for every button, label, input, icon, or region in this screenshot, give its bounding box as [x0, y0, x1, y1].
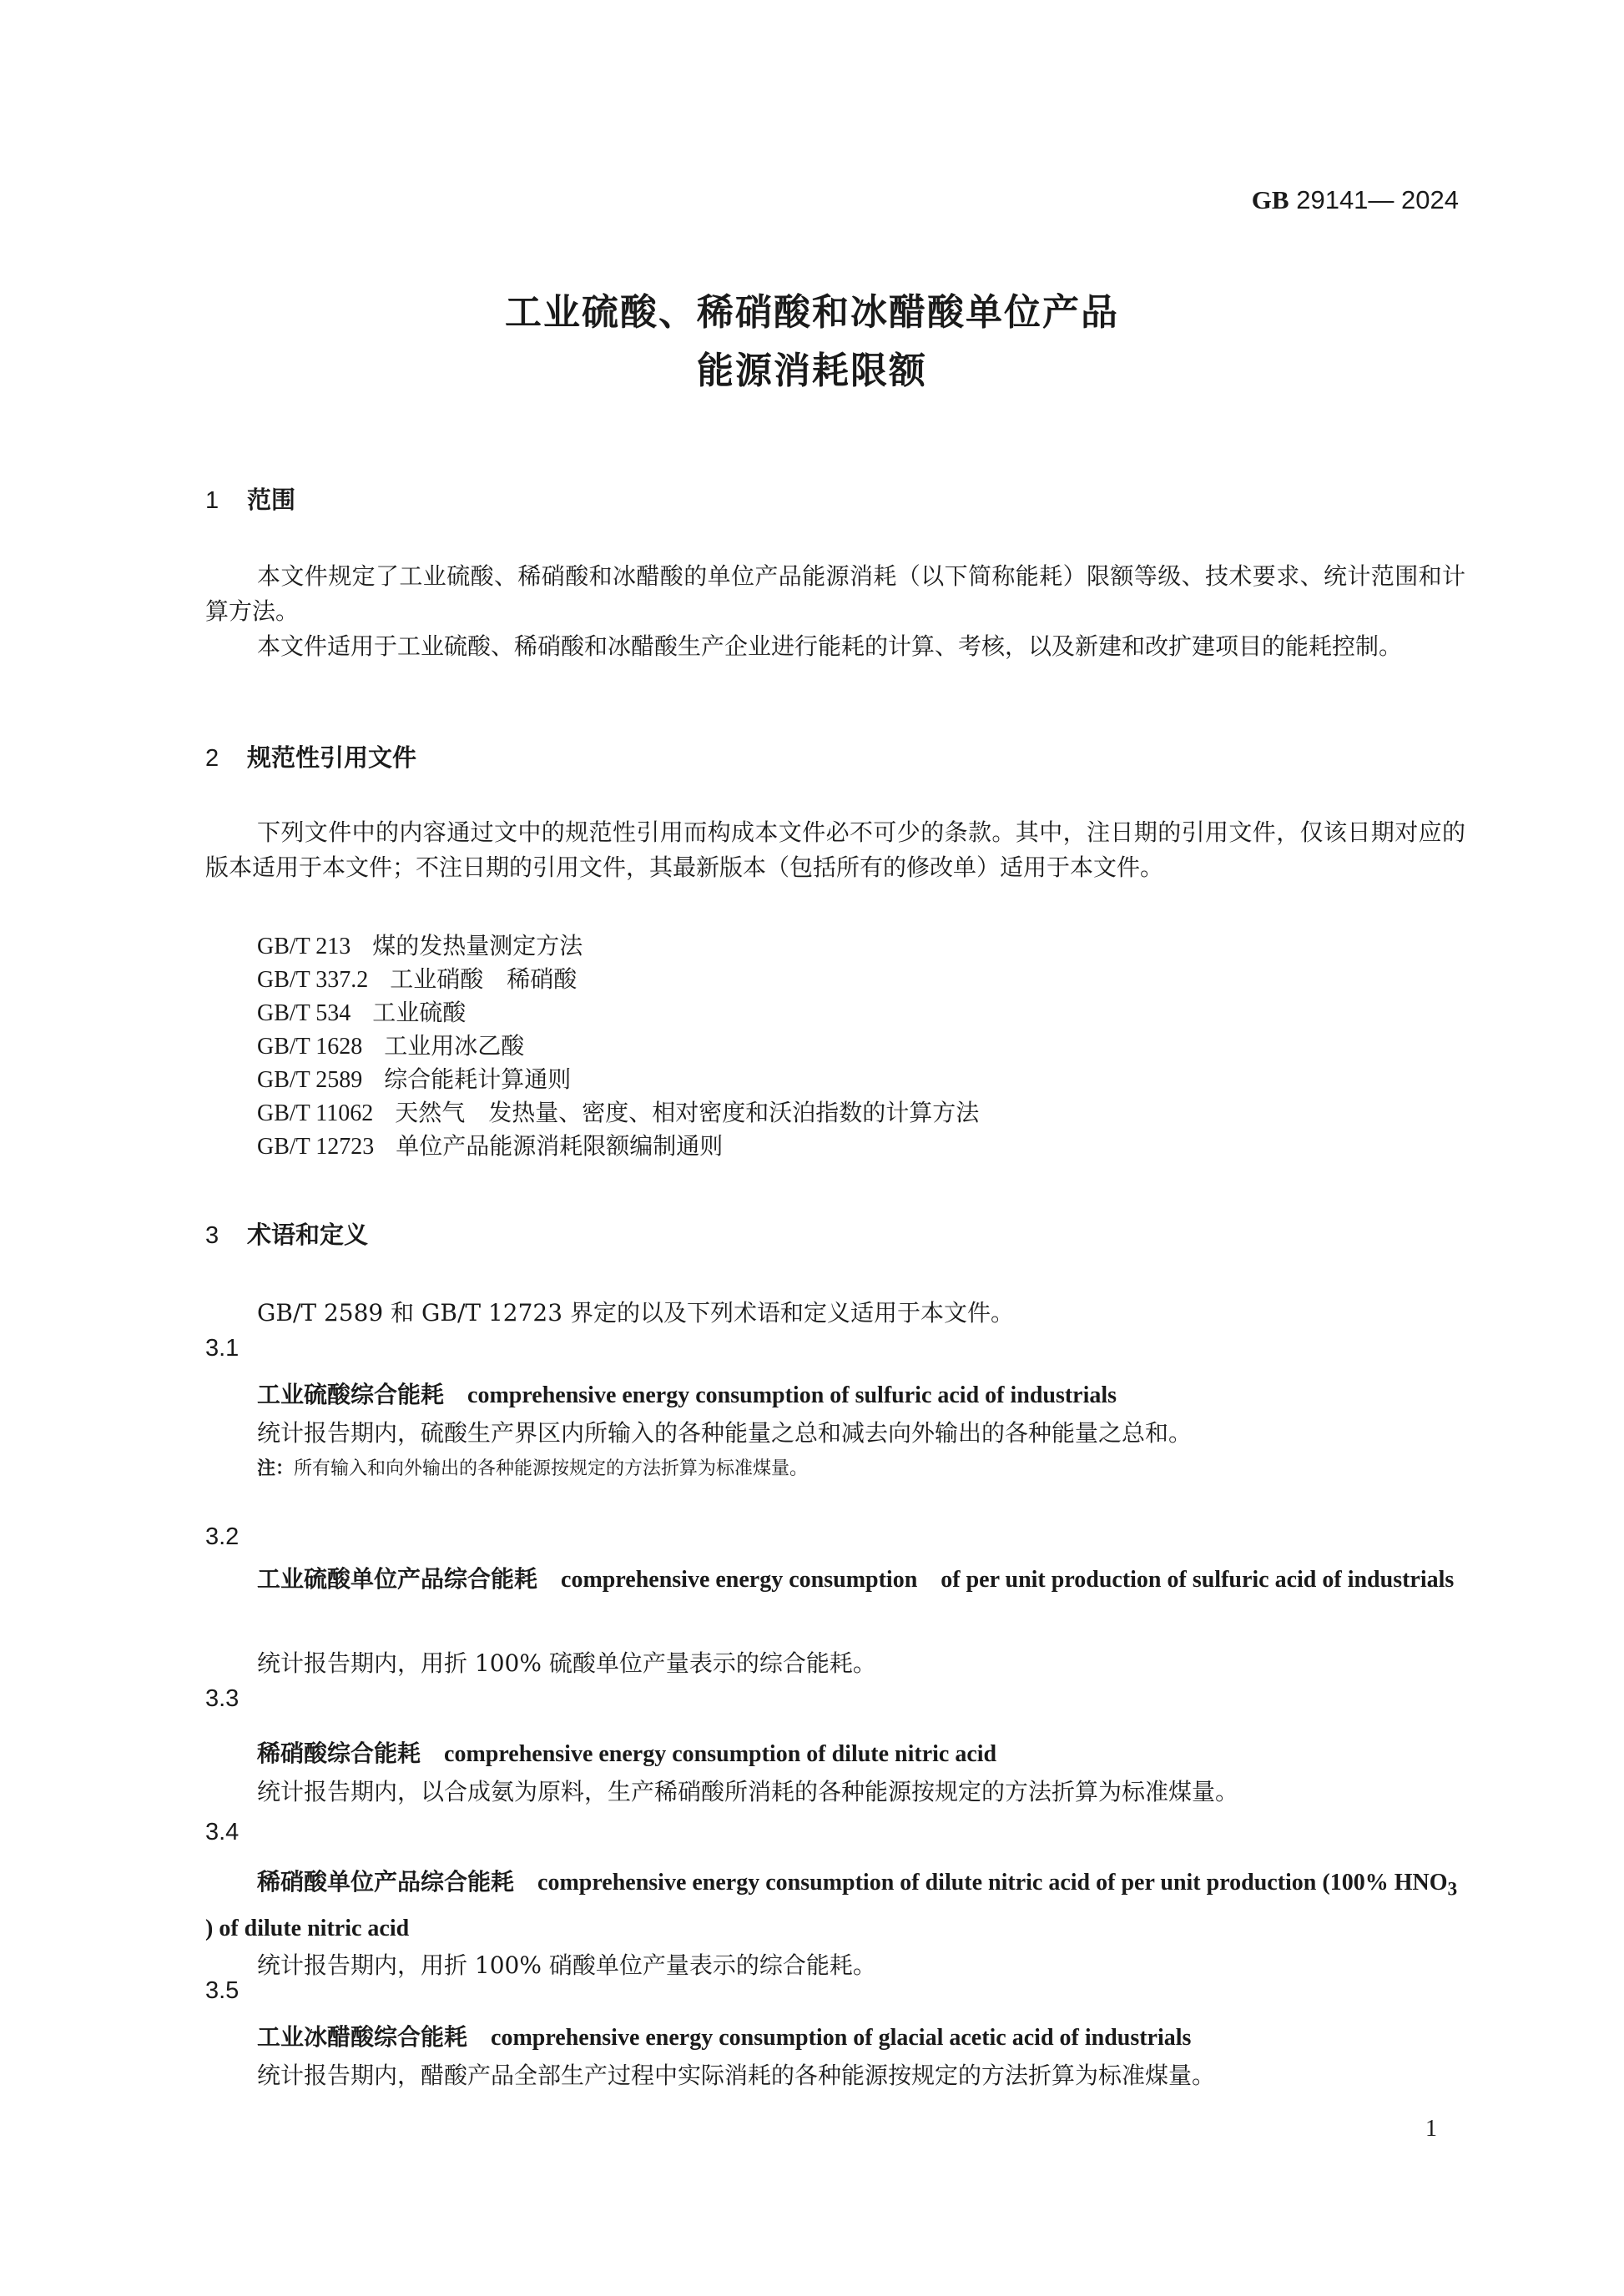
- term-cn: 工业冰醋酸综合能耗: [257, 2023, 467, 2051]
- normative-reference: GB/T 213煤的发热量测定方法: [257, 928, 583, 961]
- term-note: 注：所有输入和向外输出的各种能源按规定的方法折算为标准煤量。: [257, 1454, 808, 1480]
- reference-title: 煤的发热量测定方法: [372, 932, 583, 959]
- reference-title: 综合能耗计算通则: [384, 1065, 571, 1093]
- reference-code: GB/T 12723: [257, 1134, 374, 1161]
- reference-code: GB/T 337.2: [257, 967, 368, 994]
- section-number: 2: [205, 745, 247, 773]
- section-3-heading: 3术语和定义: [205, 1216, 368, 1251]
- reference-code: GB/T 213: [257, 934, 351, 960]
- reference-code: GB/T 534: [257, 1000, 351, 1027]
- reference-title: 工业硝酸 稀硝酸: [390, 965, 577, 993]
- term-definition: 统计报告期内，以合成氨为原料，生产稀硝酸所消耗的各种能源按规定的方法折算为标准煤…: [257, 1774, 1238, 1807]
- page-number: 1: [1425, 2116, 1437, 2142]
- reference-title: 单位产品能源消耗限额编制通则: [396, 1132, 723, 1160]
- normative-reference: GB/T 337.2工业硝酸 稀硝酸: [257, 961, 577, 994]
- reference-title: 天然气 发热量、密度、相对密度和沃泊指数的计算方法: [395, 1099, 979, 1126]
- normative-reference: GB/T 2589综合能耗计算通则: [257, 1061, 571, 1095]
- term-heading: 稀硝酸单位产品综合能耗comprehensive energy consumpt…: [205, 1863, 1465, 1948]
- section-number: 3: [205, 1222, 247, 1250]
- term-cn: 稀硝酸综合能耗: [257, 1740, 421, 1767]
- reference-code: GB/T 1628: [257, 1034, 362, 1060]
- reference-title: 工业硫酸: [372, 999, 466, 1026]
- term-definition: 统计报告期内，醋酸产品全部生产过程中实际消耗的各种能源按规定的方法折算为标准煤量…: [257, 2057, 1215, 2091]
- section-number: 1: [205, 487, 247, 515]
- term-en: comprehensive energy consumption of glac…: [491, 2025, 1191, 2051]
- section-2-heading: 2规范性引用文件: [205, 739, 416, 773]
- term-en: comprehensive energy consumption of sulf…: [467, 1382, 1117, 1408]
- section-1-para-2: 本文件适用于工业硫酸、稀硝酸和冰醋酸生产企业进行能耗的计算、考核，以及新建和改扩…: [205, 629, 1465, 664]
- standard-number: 29141— 2024: [1296, 185, 1459, 214]
- term-heading: 工业硫酸综合能耗comprehensive energy consumption…: [257, 1377, 1117, 1410]
- section-1-heading: 1范围: [205, 481, 295, 516]
- term-number: 3.2: [205, 1523, 239, 1551]
- reference-title: 工业用冰乙酸: [384, 1032, 524, 1060]
- document-title-line-2: 能源消耗限额: [0, 340, 1624, 394]
- term-en: comprehensive energy consumption of dilu…: [444, 1741, 996, 1767]
- reference-code: GB/T 11062: [257, 1100, 373, 1127]
- term-definition: 统计报告期内，用折 100% 硝酸单位产量表示的综合能耗。: [257, 1947, 876, 1981]
- section-2-intro: 下列文件中的内容通过文中的规范性引用而构成本文件必不可少的条款。其中，注日期的引…: [205, 815, 1465, 885]
- term-en: comprehensive energy consumption of per …: [561, 1567, 1454, 1593]
- section-1-para-1: 本文件规定了工业硫酸、稀硝酸和冰醋酸的单位产品能源消耗（以下简称能耗）限额等级、…: [205, 559, 1465, 629]
- standard-prefix: GB: [1252, 185, 1289, 214]
- normative-reference: GB/T 1628工业用冰乙酸: [257, 1028, 524, 1061]
- term-definition: 统计报告期内，用折 100% 硫酸单位产量表示的综合能耗。: [257, 1645, 876, 1679]
- section-title: 规范性引用文件: [247, 743, 416, 772]
- term-cn: 稀硝酸单位产品综合能耗: [257, 1868, 514, 1896]
- term-definition: 统计报告期内，硫酸生产界区内所输入的各种能量之总和减去向外输出的各种能量之总和。: [257, 1415, 1192, 1448]
- section-title: 术语和定义: [247, 1221, 368, 1249]
- term-number: 3.3: [205, 1685, 239, 1713]
- section-title: 范围: [247, 486, 295, 514]
- term-cn: 工业硫酸单位产品综合能耗: [257, 1565, 537, 1593]
- note-label: 注：: [257, 1458, 294, 1479]
- standard-code: GB 29141— 2024: [1252, 185, 1459, 215]
- normative-reference: GB/T 11062天然气 发热量、密度、相对密度和沃泊指数的计算方法: [257, 1095, 979, 1128]
- normative-reference: GB/T 534工业硫酸: [257, 994, 466, 1028]
- term-heading: 工业冰醋酸综合能耗comprehensive energy consumptio…: [257, 2019, 1191, 2052]
- term-heading: 稀硝酸综合能耗comprehensive energy consumption …: [257, 1735, 996, 1769]
- section-3-intro: GB/T 2589 和 GB/T 12723 界定的以及下列术语和定义适用于本文…: [257, 1295, 1014, 1328]
- document-title-line-1: 工业硫酸、稀硝酸和冰醋酸单位产品: [0, 282, 1624, 335]
- term-cn: 工业硫酸综合能耗: [257, 1381, 444, 1408]
- term-heading: 工业硫酸单位产品综合能耗comprehensive energy consump…: [205, 1560, 1465, 1599]
- note-text: 所有输入和向外输出的各种能源按规定的方法折算为标准煤量。: [294, 1458, 808, 1479]
- term-number: 3.5: [205, 1977, 239, 2005]
- term-number: 3.4: [205, 1819, 239, 1846]
- term-number: 3.1: [205, 1335, 239, 1362]
- normative-reference: GB/T 12723单位产品能源消耗限额编制通则: [257, 1128, 723, 1161]
- reference-code: GB/T 2589: [257, 1067, 362, 1094]
